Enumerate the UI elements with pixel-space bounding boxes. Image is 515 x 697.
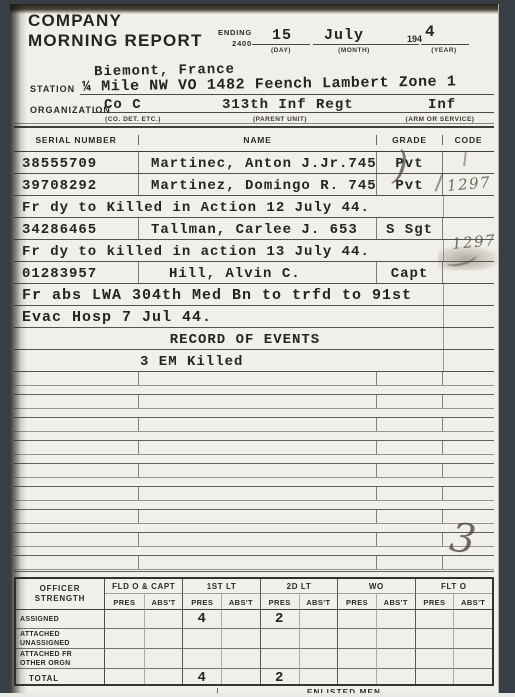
officer-word: OFFICER (40, 584, 81, 594)
soldier-name: Hill, Alvin C. (169, 267, 301, 281)
subheader-pres: PRES (415, 594, 454, 610)
os-cell (221, 629, 260, 649)
subheader-abst: ABS'T (299, 594, 338, 610)
os-cell (144, 629, 183, 649)
os-cell (144, 649, 183, 669)
os-cell (453, 669, 492, 686)
month-value: July (324, 28, 364, 43)
roster-note-kia-12july: Fr dy to Killed in Action 12 July 44. (14, 196, 494, 218)
roster-note-kia-13july: Fr dy to killed in action 13 July 44. (14, 240, 494, 262)
soldier-name: Martinez, Domingo R. 745 (151, 179, 377, 193)
label-line: ATTACHED (20, 631, 104, 639)
os-cell (299, 610, 338, 629)
organization-underline (92, 112, 494, 113)
subheader-pres: PRES (260, 594, 299, 610)
year-caption: (YEAR) (419, 47, 469, 54)
os-cell (415, 610, 454, 629)
year-underline (421, 44, 469, 45)
day-caption: (DAY) (252, 47, 310, 54)
soldier-name: Martinec, Anton J.Jr.745 (151, 157, 377, 171)
group-header-1st-lt: 1ST LT (182, 579, 259, 594)
station-underline (80, 94, 494, 95)
org-unit-caption: (CO. DET. ETC.) (96, 116, 170, 123)
org-arm-caption: (ARM OR SERVICE) (398, 116, 482, 123)
roster-entry-martinec: 38555709 Martinec, Anton J.Jr.745 Pvt (14, 152, 494, 174)
blank-row (14, 533, 494, 556)
os-cell (415, 649, 454, 669)
row-label-total: TOTAL (16, 669, 105, 686)
handwritten-code-tallman: 1297 (451, 231, 497, 253)
os-cell (221, 610, 260, 629)
subheader-abst: ABS'T (376, 594, 415, 610)
os-cell (337, 649, 376, 669)
row-label-attached-fr-other: ATTACHED FR OTHER ORGN (16, 649, 105, 669)
code-column-divider (443, 306, 444, 327)
group-header-flt-o: FLT O (415, 579, 492, 594)
os-cell (105, 649, 144, 669)
note-text: Fr dy to killed in action 13 July 44. (14, 245, 370, 261)
os-cell (221, 649, 260, 669)
year-value: 4 (425, 24, 436, 40)
row-label-assigned: ASSIGNED (16, 610, 105, 629)
blank-row (14, 487, 494, 510)
subheader-abst: ABS'T (144, 594, 183, 610)
grade-value: S Sgt (386, 223, 433, 237)
os-cell: 2 (260, 669, 299, 686)
serial-number: 34286465 (22, 223, 97, 237)
group-header-wo: WO (337, 579, 414, 594)
os-cell (376, 669, 415, 686)
section-title: RECORD OF EVENTS (162, 333, 346, 349)
org-parent-value: 313th Inf Regt (222, 98, 354, 112)
year-prefix: 194 (407, 34, 422, 44)
label-line: TOTAL (29, 674, 104, 684)
org-parent-caption: (PARENT UNIT) (243, 116, 317, 123)
form-title-line2: MORNING REPORT (28, 31, 203, 51)
os-cell (453, 610, 492, 629)
record-of-events-title: RECORD OF EVENTS (14, 328, 494, 350)
note-text: Fr dy to Killed in Action 12 July 44. (14, 201, 370, 217)
morning-report-scan: COMPANY MORNING REPORT ENDING 2400 15 (D… (0, 0, 515, 697)
grade-value: Capt (391, 267, 429, 281)
os-cell (337, 629, 376, 649)
serial-number: 39708292 (22, 179, 97, 193)
record-of-events-entry: 3 EM Killed (14, 350, 494, 372)
os-cell (376, 649, 415, 669)
os-cell (182, 629, 221, 649)
blank-row (14, 464, 494, 487)
os-cell (144, 610, 183, 629)
blank-row (14, 395, 494, 418)
subheader-pres: PRES (182, 594, 221, 610)
roster-entry-tallman: 34286465 Tallman, Carlee J. 653 S Sgt (14, 218, 494, 240)
subheader-abst: ABS'T (221, 594, 260, 610)
officer-strength-row-header: OFFICER STRENGTH (16, 579, 105, 610)
blank-row (14, 510, 494, 533)
os-cell (415, 669, 454, 686)
os-cell (299, 649, 338, 669)
col-header-serial: SERIAL NUMBER (14, 135, 138, 145)
event-text: 3 EM Killed (14, 355, 243, 371)
ending-word: ENDING (208, 28, 252, 39)
os-cell (299, 629, 338, 649)
day-underline (252, 44, 310, 45)
serial-number: 01283957 (22, 267, 97, 281)
os-cell (376, 629, 415, 649)
os-cell: 2 (260, 610, 299, 629)
org-unit-value: Co C (104, 98, 142, 112)
label-line: UNASSIGNED (20, 640, 104, 648)
blank-row (14, 556, 494, 579)
code-column-divider (443, 196, 444, 217)
subheader-abst: ABS'T (453, 594, 492, 610)
os-cell (337, 610, 376, 629)
month-underline (313, 44, 419, 45)
col-header-name: NAME (138, 135, 376, 145)
roster-note-evac: Evac Hosp 7 Jul 44. (14, 306, 494, 328)
serial-number: 38555709 (22, 157, 97, 171)
os-cell (453, 629, 492, 649)
os-cell (105, 610, 144, 629)
section-divider-line (14, 571, 494, 572)
subheader-pres: PRES (337, 594, 376, 610)
blank-row (14, 418, 494, 441)
label-line: ATTACHED FR (20, 651, 104, 659)
blank-row (14, 441, 494, 464)
os-cell (221, 669, 260, 686)
os-cell (415, 629, 454, 649)
os-cell (182, 649, 221, 669)
form-title-line1: COMPANY (28, 11, 122, 31)
strength-word: STRENGTH (35, 594, 85, 604)
os-cell (144, 669, 183, 686)
os-cell: 4 (182, 669, 221, 686)
organization-label: ORGANIZATION (30, 105, 111, 115)
row-label-attached-unassigned: ATTACHED UNASSIGNED (16, 629, 105, 649)
code-column-divider (443, 328, 444, 349)
roster-entry-martinez: 39708292 Martinez, Domingo R. 745 Pvt (14, 174, 494, 196)
code-column-divider (443, 284, 444, 305)
roster-note-lwa: Fr abs LWA 304th Med Bn to trfd to 91st (14, 284, 494, 306)
os-cell (453, 649, 492, 669)
group-header-fld-o-capt: FLD O & CAPT (105, 579, 182, 594)
org-arm-value: Inf (428, 98, 456, 112)
label-line: ASSIGNED (20, 616, 104, 624)
os-cell (337, 669, 376, 686)
soldier-name: Tallman, Carlee J. 653 (151, 223, 358, 237)
group-header-2d-lt: 2D LT (260, 579, 337, 594)
station-label: STATION (30, 84, 75, 94)
ending-label: ENDING 2400 (208, 28, 252, 49)
handwritten-code-martinez: 1297 (446, 173, 492, 195)
roster-table: SERIAL NUMBER NAME GRADE CODE 38555709 M… (14, 126, 494, 579)
day-value: 15 (272, 28, 292, 43)
os-cell (299, 669, 338, 686)
subheader-pres: PRES (105, 594, 144, 610)
roster-header-row: SERIAL NUMBER NAME GRADE CODE (14, 126, 494, 152)
os-cell: 4 (182, 610, 221, 629)
scan-edge-bottom (0, 693, 515, 697)
os-cell (376, 610, 415, 629)
roster-entry-hill: 01283957 Hill, Alvin C. Capt (14, 262, 494, 284)
blank-row (14, 372, 494, 395)
col-header-code: CODE (442, 135, 494, 145)
os-cell (105, 629, 144, 649)
officer-strength-table: OFFICER STRENGTH FLD O & CAPT 1ST LT 2D … (14, 577, 494, 686)
note-text: Fr abs LWA 304th Med Bn to trfd to 91st (14, 288, 412, 305)
note-text: Evac Hosp 7 Jul 44. (14, 310, 212, 327)
os-cell (260, 629, 299, 649)
os-cell (105, 669, 144, 686)
month-caption: (MONTH) (318, 47, 390, 54)
label-line: OTHER ORGN (20, 660, 104, 668)
os-cell (260, 649, 299, 669)
code-column-divider (443, 350, 444, 371)
ending-time: 2400 (208, 39, 252, 50)
